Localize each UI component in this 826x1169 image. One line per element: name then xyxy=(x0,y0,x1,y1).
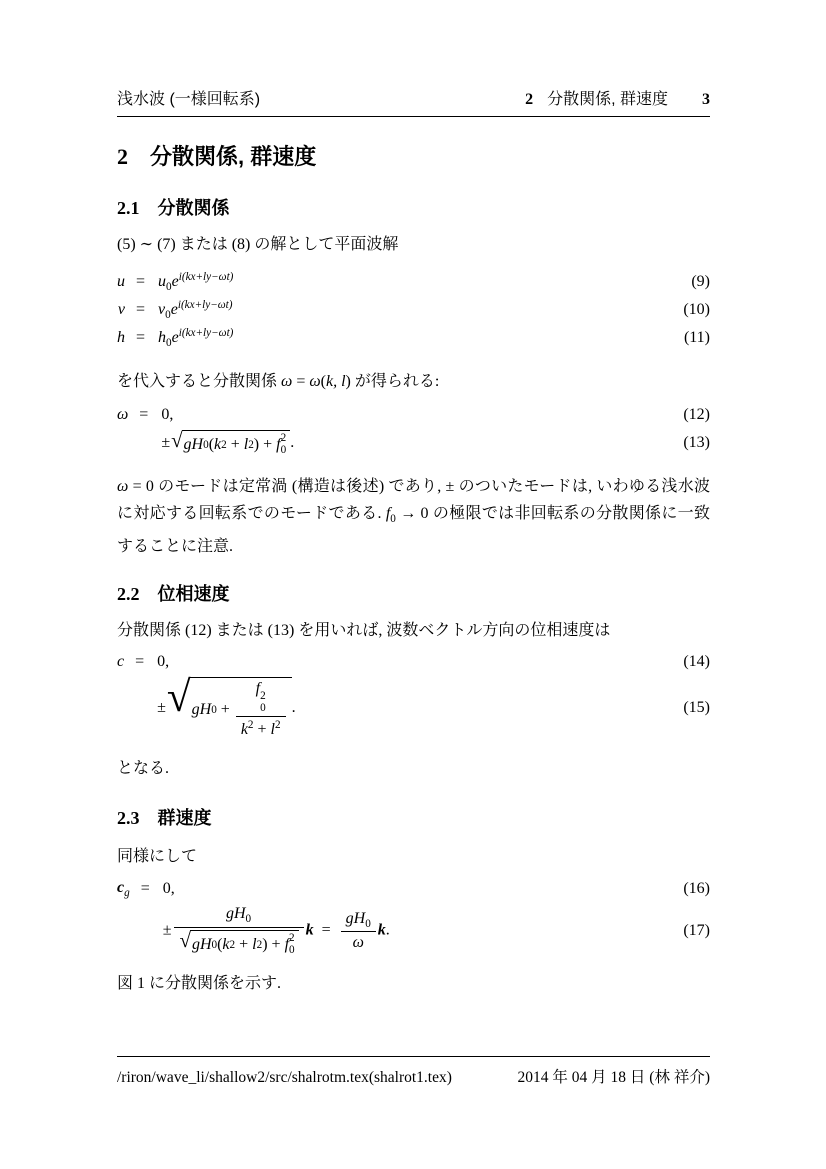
equation-14: c = 0, (14) xyxy=(117,650,710,674)
equation-number: (16) xyxy=(683,876,710,902)
paragraph-phase-speed: 分散関係 (12) または (13) を用いれば, 波数ベクトル方向の位相速度は xyxy=(117,617,710,644)
equation-block-9-11: u = u0ei(kx+ly−ωt) (9) v = v0ei(kx+ly−ωt… xyxy=(117,268,710,352)
equation-rhs: ±gH0√gH0(k2 + l2) + f20k = gH0ωk. xyxy=(163,902,684,959)
equation-rhs: u0ei(kx+ly−ωt) xyxy=(158,268,683,296)
equation-9: u = u0ei(kx+ly−ωt) (9) xyxy=(117,268,710,296)
equation-block-14-15: c = 0, (14) ±√gH0 + f20k2 + l2. (15) xyxy=(117,650,710,743)
document-page: 浅水波 (一様回転系) 2 分散関係, 群速度 3 2分散関係, 群速度 2.1… xyxy=(0,0,826,1169)
equation-number: (12) xyxy=(683,403,710,427)
sqrt-radical: √gH0 + f20k2 + l2 xyxy=(167,677,292,740)
equation-rhs: ±√gH0(k2 + l2) + f20. xyxy=(161,427,683,460)
paragraph-substitute: を代入すると分散関係 ω = ω(k, l) が得られる: xyxy=(117,368,710,395)
equation-number: (17) xyxy=(683,902,710,959)
section-title: 分散関係, 群速度 xyxy=(150,144,316,169)
equation-rhs: v0ei(kx+ly−ωt) xyxy=(158,296,683,324)
equation-lhs: ω xyxy=(117,403,128,427)
equation-lhs: cg xyxy=(117,876,130,902)
paragraph-plane-wave-intro: (5) ∼ (7) または (8) の解として平面波解 xyxy=(117,231,710,258)
subsection-heading-2-1: 2.1分散関係 xyxy=(117,196,710,221)
equals-sign: = xyxy=(125,268,158,296)
equation-number: (15) xyxy=(683,674,710,743)
equation-block-16-17: cg = 0, (16) ±gH0√gH0(k2 + l2) + f20k = … xyxy=(117,876,710,959)
subsection-title: 分散関係 xyxy=(158,198,230,218)
header-document-title: 浅水波 (一様回転系) xyxy=(117,86,525,109)
equals-sign: = xyxy=(125,324,158,352)
equation-block-12-13: ω = 0, (12) ±√gH0(k2 + l2) + f20. (13) xyxy=(117,403,710,460)
page-footer: /riron/wave_li/shallow2/src/shalrotm.tex… xyxy=(117,1056,710,1087)
equation-number: (11) xyxy=(683,324,710,352)
equation-10: v = v0ei(kx+ly−ωt) (10) xyxy=(117,296,710,324)
equation-lhs: c xyxy=(117,650,124,674)
footer-file-path: /riron/wave_li/shallow2/src/shalrotm.tex… xyxy=(117,1069,452,1087)
equation-number: (14) xyxy=(683,650,710,674)
paragraph-figure-reference: 図 1 に分散関係を示す. xyxy=(117,970,710,997)
equation-lhs: h xyxy=(117,324,125,352)
equation-rhs: h0ei(kx+ly−ωt) xyxy=(158,324,683,352)
section-number: 2 xyxy=(117,144,128,169)
sqrt-radical: √gH0(k2 + l2) + f20 xyxy=(171,430,290,457)
equation-rhs: 0, xyxy=(163,876,684,902)
equation-lhs: v xyxy=(117,296,125,324)
subsection-heading-2-3: 2.3群速度 xyxy=(117,806,710,831)
subsection-title: 群速度 xyxy=(158,808,212,828)
equation-15: ±√gH0 + f20k2 + l2. (15) xyxy=(117,674,710,743)
equation-number: (13) xyxy=(683,427,710,460)
paragraph-similarly: 同様にして xyxy=(117,843,710,870)
header-page-number: 3 xyxy=(702,91,710,109)
header-section-title: 分散関係, 群速度 xyxy=(547,86,668,109)
sqrt-radical: √gH0(k2 + l2) + f20 xyxy=(180,930,299,957)
equation-rhs: ±√gH0 + f20k2 + l2. xyxy=(157,674,683,743)
equation-number: (9) xyxy=(683,268,710,296)
equals-sign: = xyxy=(128,403,161,427)
equation-17: ±gH0√gH0(k2 + l2) + f20k = gH0ωk. (17) xyxy=(117,902,710,959)
header-section-number: 2 xyxy=(525,91,533,109)
equation-16: cg = 0, (16) xyxy=(117,876,710,902)
equation-12: ω = 0, (12) xyxy=(117,403,710,427)
equation-rhs: 0, xyxy=(157,650,683,674)
equals-sign: = xyxy=(125,296,158,324)
subsection-number: 2.3 xyxy=(117,808,140,828)
equation-number: (10) xyxy=(683,296,710,324)
equation-rhs: 0, xyxy=(161,403,683,427)
equation-13: ±√gH0(k2 + l2) + f20. (13) xyxy=(117,427,710,460)
subsection-number: 2.2 xyxy=(117,584,140,604)
equation-11: h = h0ei(kx+ly−ωt) (11) xyxy=(117,324,710,352)
equals-sign: = xyxy=(124,650,157,674)
subsection-number: 2.1 xyxy=(117,198,140,218)
subsection-title: 位相速度 xyxy=(158,584,230,604)
subsection-heading-2-2: 2.2位相速度 xyxy=(117,582,710,607)
equals-sign: = xyxy=(130,876,163,902)
equation-lhs: u xyxy=(117,268,125,296)
page-body: 2分散関係, 群速度 2.1分散関係 (5) ∼ (7) または (8) の解と… xyxy=(117,112,710,997)
footer-date-author: 2014 年 04 月 18 日 (林 祥介) xyxy=(518,1065,710,1087)
paragraph-tonaru: となる. xyxy=(117,755,710,782)
paragraph-modes: ω = 0 のモードは定常渦 (構造は後述) であり, ± のついたモードは, … xyxy=(117,473,710,560)
section-heading-2: 2分散関係, 群速度 xyxy=(117,142,710,172)
